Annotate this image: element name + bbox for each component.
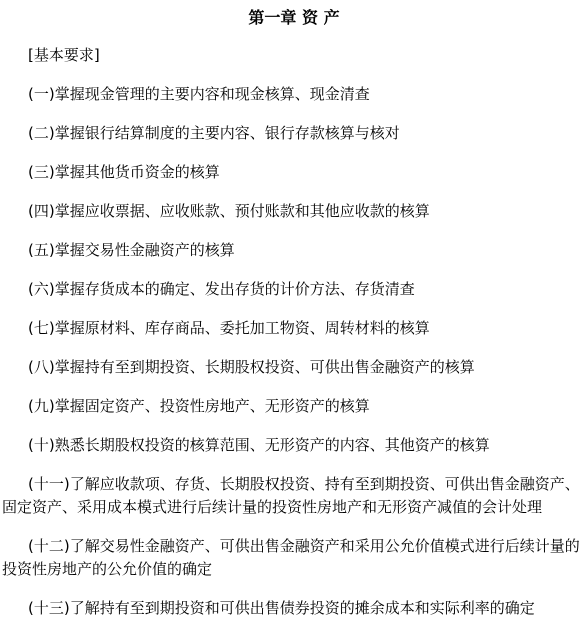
chapter-title: 第一章 资 产 <box>2 6 586 29</box>
requirement-item-10: (十)熟悉长期股权投资的核算范围、无形资产的内容、其他资产的核算 <box>2 434 586 457</box>
requirement-item-13: (十三)了解持有至到期投资和可供出售债券投资的摊余成本和实际利率的确定 <box>2 597 586 620</box>
requirement-item-9: (九)掌握固定资产、投资性房地产、无形资产的核算 <box>2 395 586 418</box>
requirement-item-4: (四)掌握应收票据、应收账款、预付账款和其他应收款的核算 <box>2 200 586 223</box>
requirement-item-5: (五)掌握交易性金融资产的核算 <box>2 239 586 262</box>
requirement-item-12: (十二)了解交易性金融资产、可供出售金融资产和采用公允价值模式进行后续计量的投资… <box>2 535 586 581</box>
requirement-item-8: (八)掌握持有至到期投资、长期股权投资、可供出售金融资产的核算 <box>2 356 586 379</box>
requirement-item-6: (六)掌握存货成本的确定、发出存货的计价方法、存货清查 <box>2 278 586 301</box>
requirement-item-7: (七)掌握原材料、库存商品、委托加工物资、周转材料的核算 <box>2 317 586 340</box>
document-page: 第一章 资 产 [基本要求] (一)掌握现金管理的主要内容和现金核算、现金清查 … <box>0 0 588 624</box>
requirement-item-1: (一)掌握现金管理的主要内容和现金核算、现金清查 <box>2 83 586 106</box>
requirement-item-11: (十一)了解应收款项、存货、长期股权投资、持有至到期投资、可供出售金融资产、固定… <box>2 473 586 519</box>
requirement-item-3: (三)掌握其他货币资金的核算 <box>2 161 586 184</box>
section-label: [基本要求] <box>2 44 586 67</box>
requirement-item-2: (二)掌握银行结算制度的主要内容、银行存款核算与核对 <box>2 122 586 145</box>
